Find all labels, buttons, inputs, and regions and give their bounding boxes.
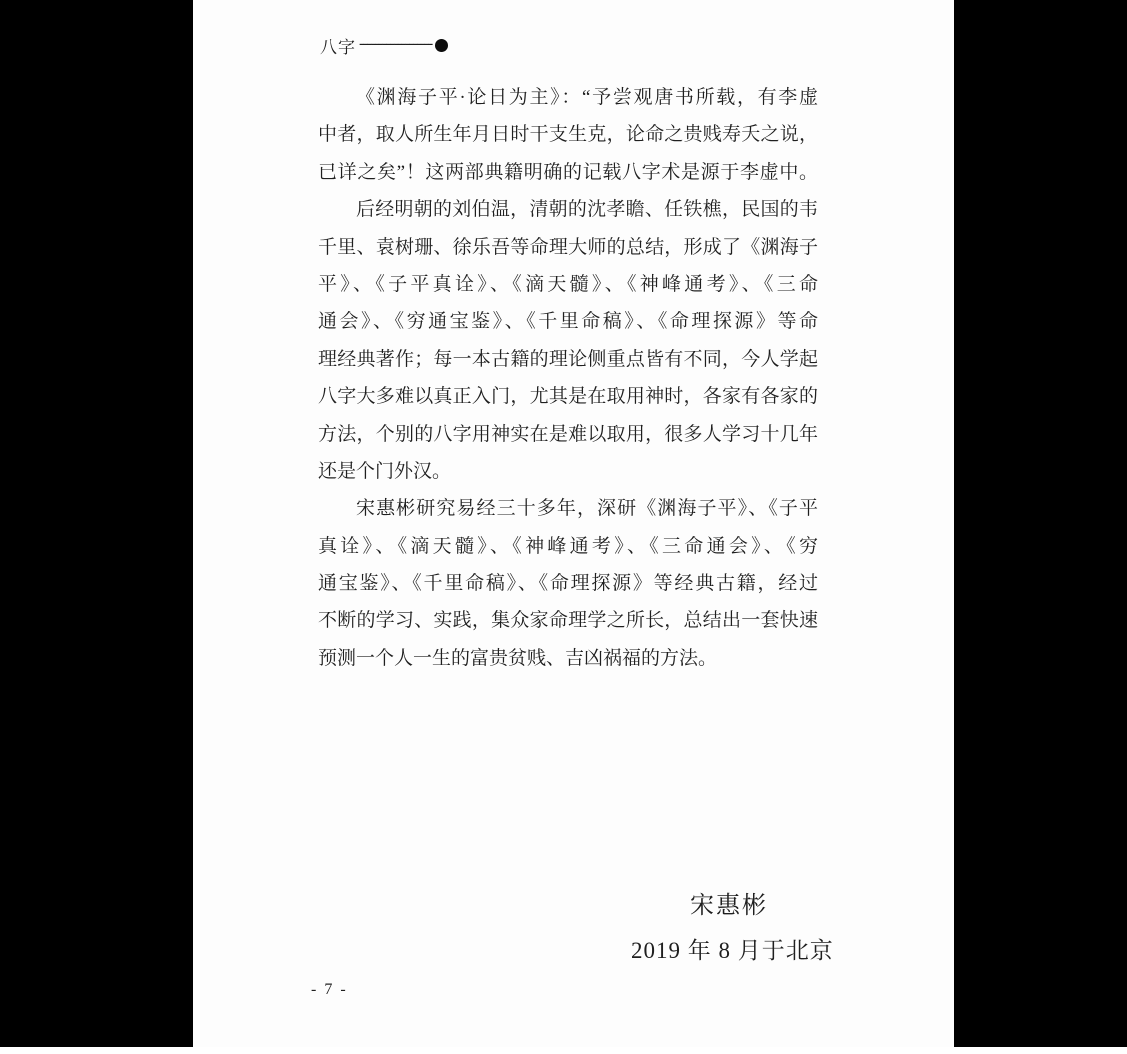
header-title: 八字 bbox=[320, 33, 356, 58]
bullet-dot-icon bbox=[435, 39, 448, 52]
text-line: 通会》、《穷通宝鉴》、《千里命稿》、《命理探源》等命 bbox=[318, 303, 818, 340]
scanned-page-view: 八字 ------------------- 《渊海子平·论日为主》：“予尝观唐… bbox=[0, 0, 1127, 1054]
text-line: 不断的学习、实践，集众家命理学之所长，总结出一套快速 bbox=[318, 602, 818, 639]
text-line: 已详之矣”！这两部典籍明确的记载八字术是源于李虚中。 bbox=[318, 154, 818, 191]
paragraph: 《渊海子平·论日为主》：“予尝观唐书所载，有李虚中者，取人所生年月日时干支生克，… bbox=[318, 79, 818, 191]
body-text: 《渊海子平·论日为主》：“予尝观唐书所载，有李虚中者，取人所生年月日时干支生克，… bbox=[318, 79, 818, 677]
text-line: 预测一个人一生的富贵贫贱、吉凶祸福的方法。 bbox=[318, 640, 818, 677]
signature-name: 宋惠彬 bbox=[690, 885, 768, 920]
paragraph: 后经明朝的刘伯温，清朝的沈孝瞻、任铁樵，民国的韦千里、袁树珊、徐乐吾等命理大师的… bbox=[318, 191, 818, 490]
text-line: 千里、袁树珊、徐乐吾等命理大师的总结，形成了《渊海子 bbox=[318, 229, 818, 266]
text-line: 真诠》、《滴天髓》、《神峰通考》、《三命通会》、《穷 bbox=[318, 528, 818, 565]
text-line: 《渊海子平·论日为主》：“予尝观唐书所载，有李虚 bbox=[318, 79, 818, 116]
scan-border-left bbox=[0, 0, 193, 1047]
text-line: 后经明朝的刘伯温，清朝的沈孝瞻、任铁樵，民国的韦 bbox=[318, 191, 818, 228]
page-number: - 7 - bbox=[311, 981, 348, 999]
text-line: 八字大多难以真正入门，尤其是在取用神时，各家有各家的 bbox=[318, 378, 818, 415]
text-line: 平》、《子平真诠》、《滴天髓》、《神峰通考》、《三命 bbox=[318, 266, 818, 303]
page-header: 八字 ------------------- bbox=[320, 33, 448, 57]
text-line: 还是个门外汉。 bbox=[318, 453, 818, 490]
text-line: 宋惠彬研究易经三十多年，深研《渊海子平》、《子平 bbox=[318, 490, 818, 527]
header-rule: ------------------- bbox=[359, 35, 432, 53]
scan-border-right bbox=[954, 0, 1127, 1047]
signature-date: 2019 年 8 月于北京 bbox=[631, 932, 834, 965]
text-line: 理经典著作；每一本古籍的理论侧重点皆有不同，今人学起 bbox=[318, 341, 818, 378]
text-line: 通宝鉴》、《千里命稿》、《命理探源》等经典古籍，经过 bbox=[318, 565, 818, 602]
text-line: 中者，取人所生年月日时干支生克，论命之贵贱寿夭之说， bbox=[318, 116, 818, 153]
text-line: 方法，个别的八字用神实在是难以取用，很多人学习十几年 bbox=[318, 416, 818, 453]
book-page: 八字 ------------------- 《渊海子平·论日为主》：“予尝观唐… bbox=[193, 0, 954, 1047]
paragraph: 宋惠彬研究易经三十多年，深研《渊海子平》、《子平真诠》、《滴天髓》、《神峰通考》… bbox=[318, 490, 818, 677]
